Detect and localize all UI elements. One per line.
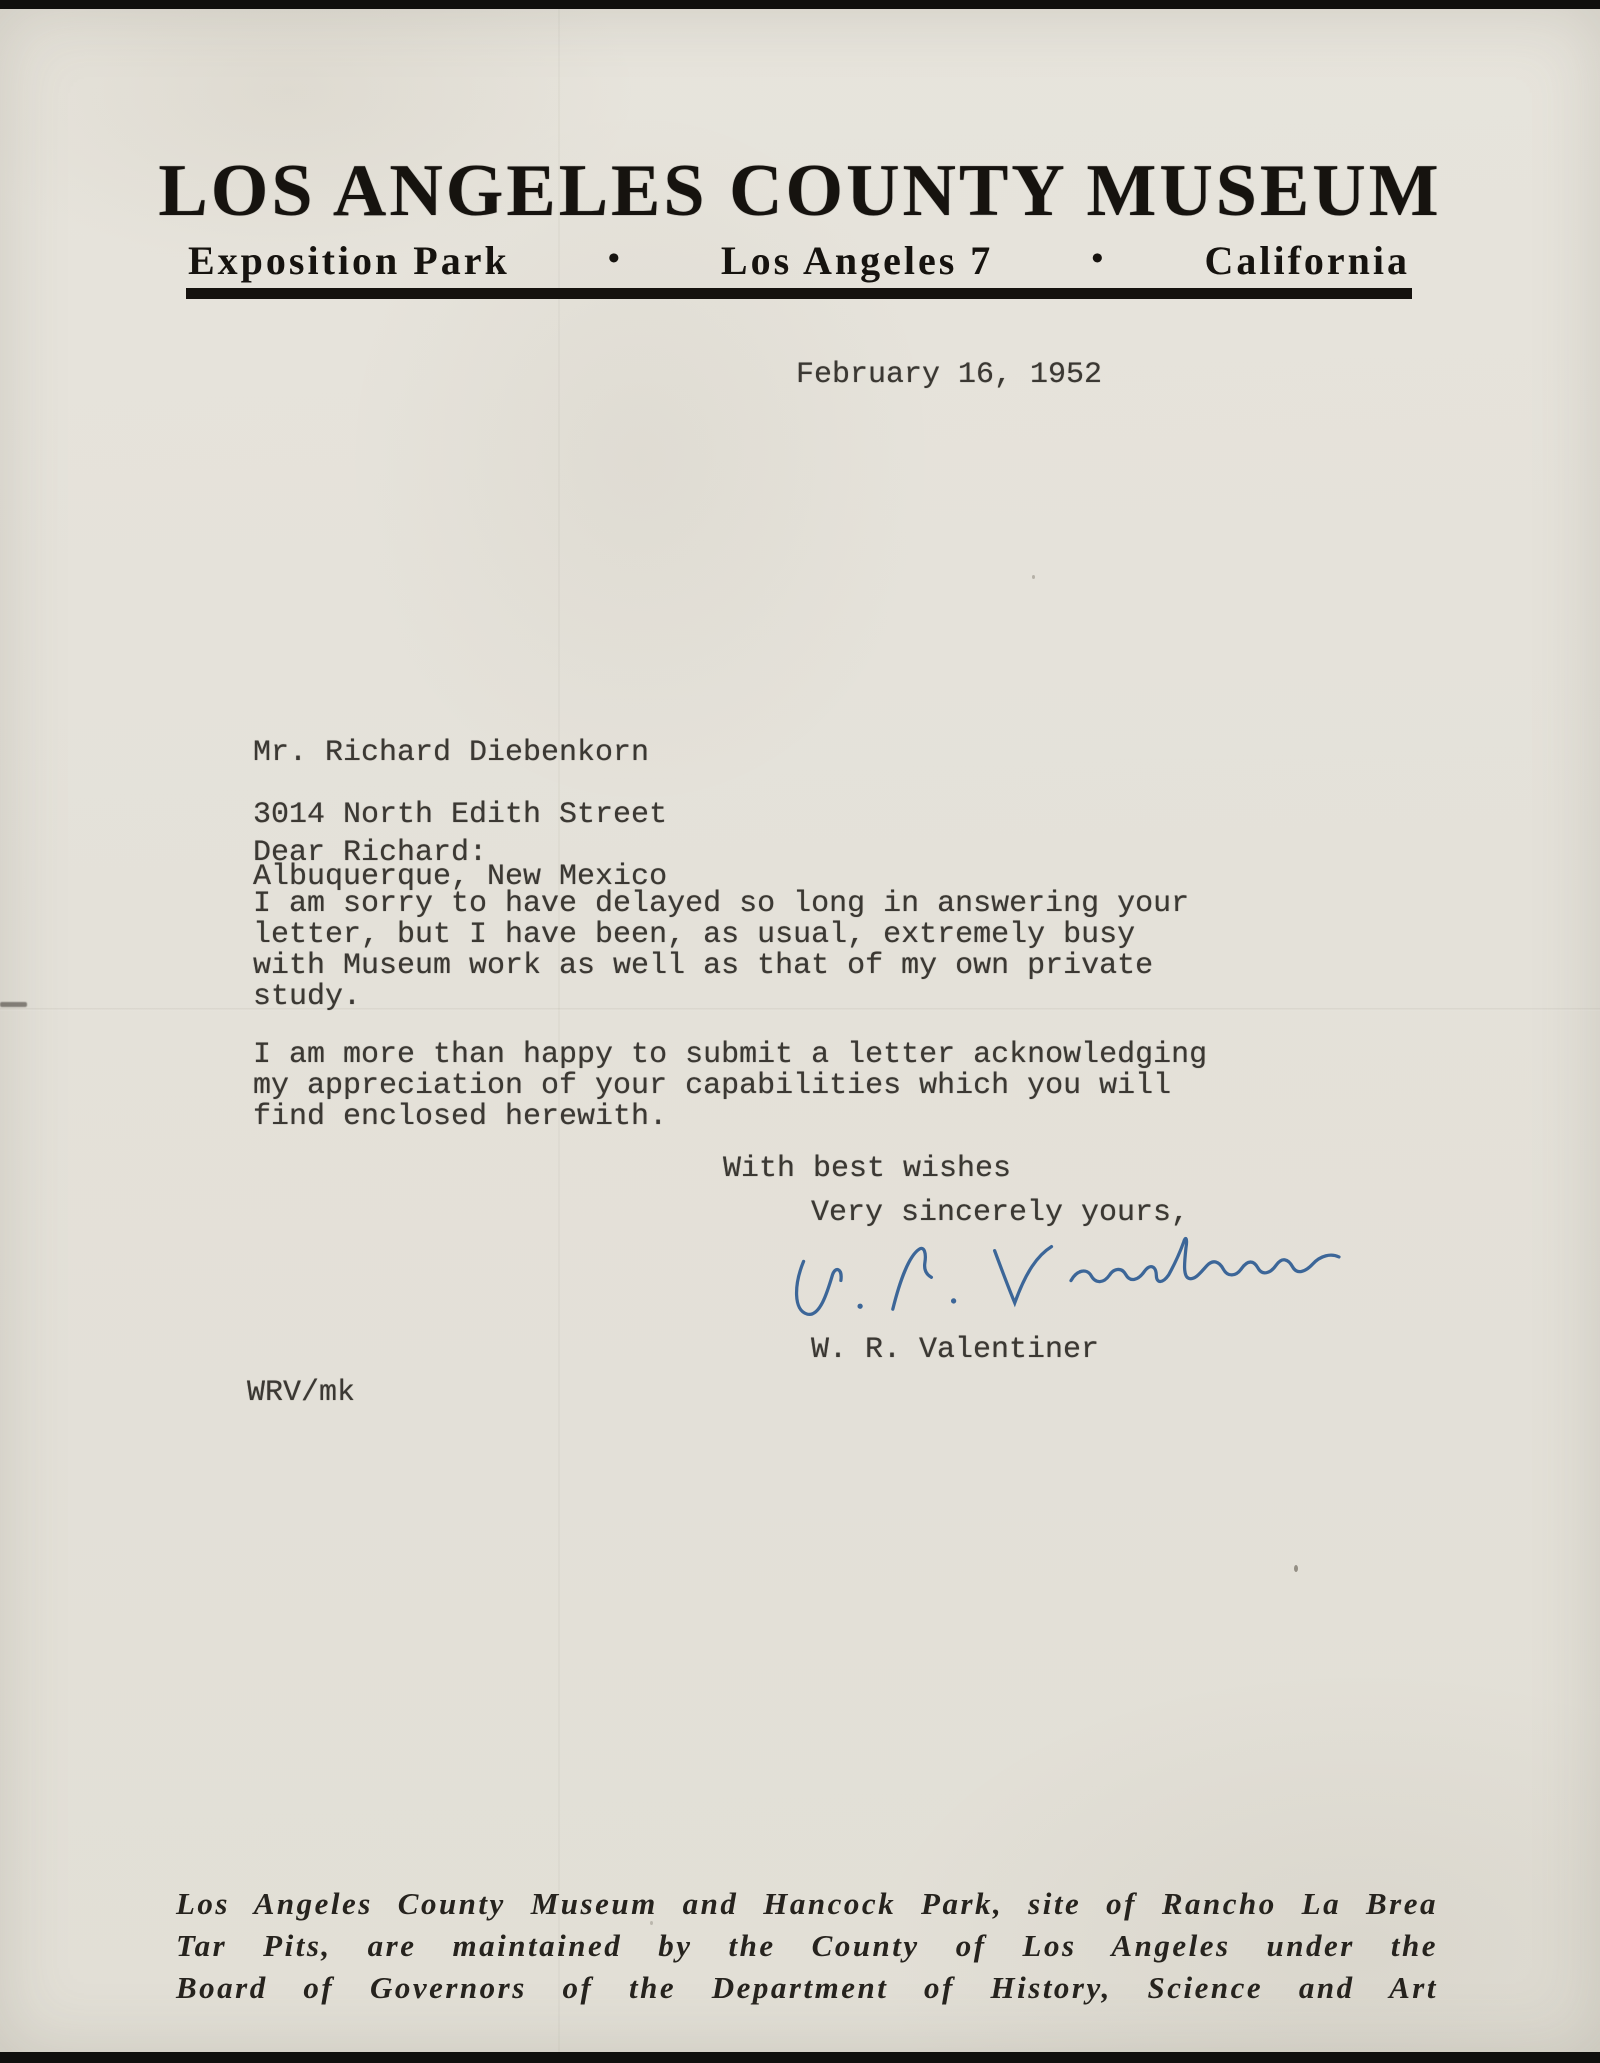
scan-edge-bottom (0, 2052, 1600, 2063)
letterhead-address-center: Los Angeles 7 (721, 237, 993, 284)
vertical-fold-crease (558, 9, 560, 2052)
reference-initials: WRV/mk (247, 1378, 355, 1409)
letterhead-address-line: Exposition Park • Los Angeles 7 • Califo… (188, 237, 1410, 284)
paper-speck (1032, 575, 1035, 579)
edge-mark (0, 1002, 27, 1007)
scan-edge-top (0, 0, 1600, 9)
paper-speck (1294, 1565, 1298, 1572)
body-paragraph-2: I am more than happy to submit a letter … (253, 1040, 1207, 1133)
handwritten-signature (780, 1211, 1364, 1349)
letterhead-address-left: Exposition Park (188, 237, 510, 284)
footer-line: Los Angeles County Museum and Hancock Pa… (176, 1883, 1438, 1925)
closing-wishes: With best wishes (723, 1154, 1011, 1185)
letter-page: LOS ANGELES COUNTY MUSEUM Exposition Par… (0, 9, 1600, 2052)
footer-line: Board of Governors of the Department of … (176, 1967, 1438, 2009)
letterhead-address-right: California (1204, 237, 1410, 284)
letter-date: February 16, 1952 (796, 360, 1102, 391)
body-paragraph-1: I am sorry to have delayed so long in an… (253, 889, 1189, 1013)
recipient-name: Mr. Richard Diebenkorn (253, 738, 667, 769)
bullet-separator: • (1091, 240, 1106, 278)
salutation: Dear Richard: (253, 838, 487, 869)
footer-note: Los Angeles County Museum and Hancock Pa… (176, 1883, 1438, 2009)
footer-line: Tar Pits, are maintained by the County o… (176, 1925, 1438, 1967)
recipient-street: 3014 North Edith Street (253, 800, 667, 831)
letterhead-title: LOS ANGELES COUNTY MUSEUM (0, 149, 1600, 234)
bullet-separator: • (608, 240, 623, 278)
typed-signature-name: W. R. Valentiner (811, 1335, 1099, 1366)
letterhead-double-rule (186, 288, 1412, 299)
